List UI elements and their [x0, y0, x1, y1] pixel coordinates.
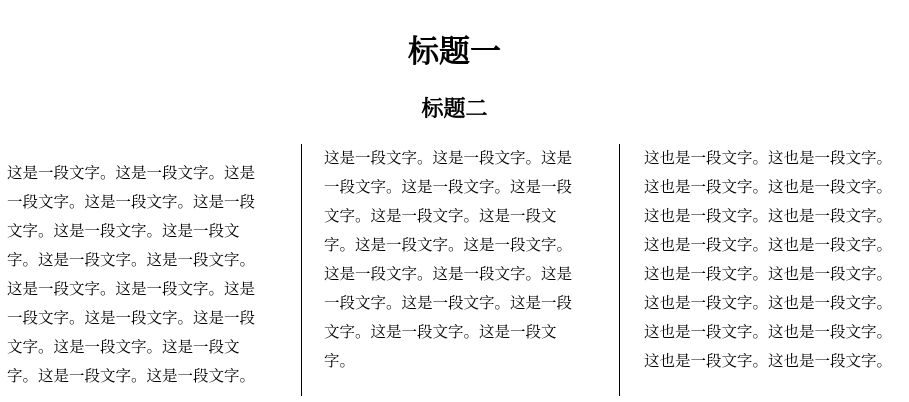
- column-2: 这是一段文字。这是一段文字。这是一段文字。这是一段文字。这是一段文字。这是一段文…: [301, 144, 619, 396]
- document-page: 标题一 标题二 这是一段文字。这是一段文字。这是一段文字。这是一段文字。这是一段…: [0, 0, 909, 402]
- column-1: 这是一段文字。这是一段文字。这是一段文字。这是一段文字。这是一段文字。这是一段文…: [0, 144, 301, 396]
- column-1-paragraph: 这是一段文字。这是一段文字。这是一段文字。这是一段文字。这是一段文字。这是一段文…: [7, 159, 269, 391]
- column-3: 这也是一段文字。这也是一段文字。 这也是一段文字。这也是一段文字。 这也是一段文…: [619, 144, 909, 396]
- column-3-paragraph: 这也是一段文字。这也是一段文字。 这也是一段文字。这也是一段文字。 这也是一段文…: [644, 144, 906, 376]
- column-2-paragraph: 这是一段文字。这是一段文字。这是一段文字。这是一段文字。这是一段文字。这是一段文…: [324, 144, 586, 376]
- heading-1: 标题一: [0, 30, 909, 74]
- heading-2: 标题二: [0, 93, 909, 127]
